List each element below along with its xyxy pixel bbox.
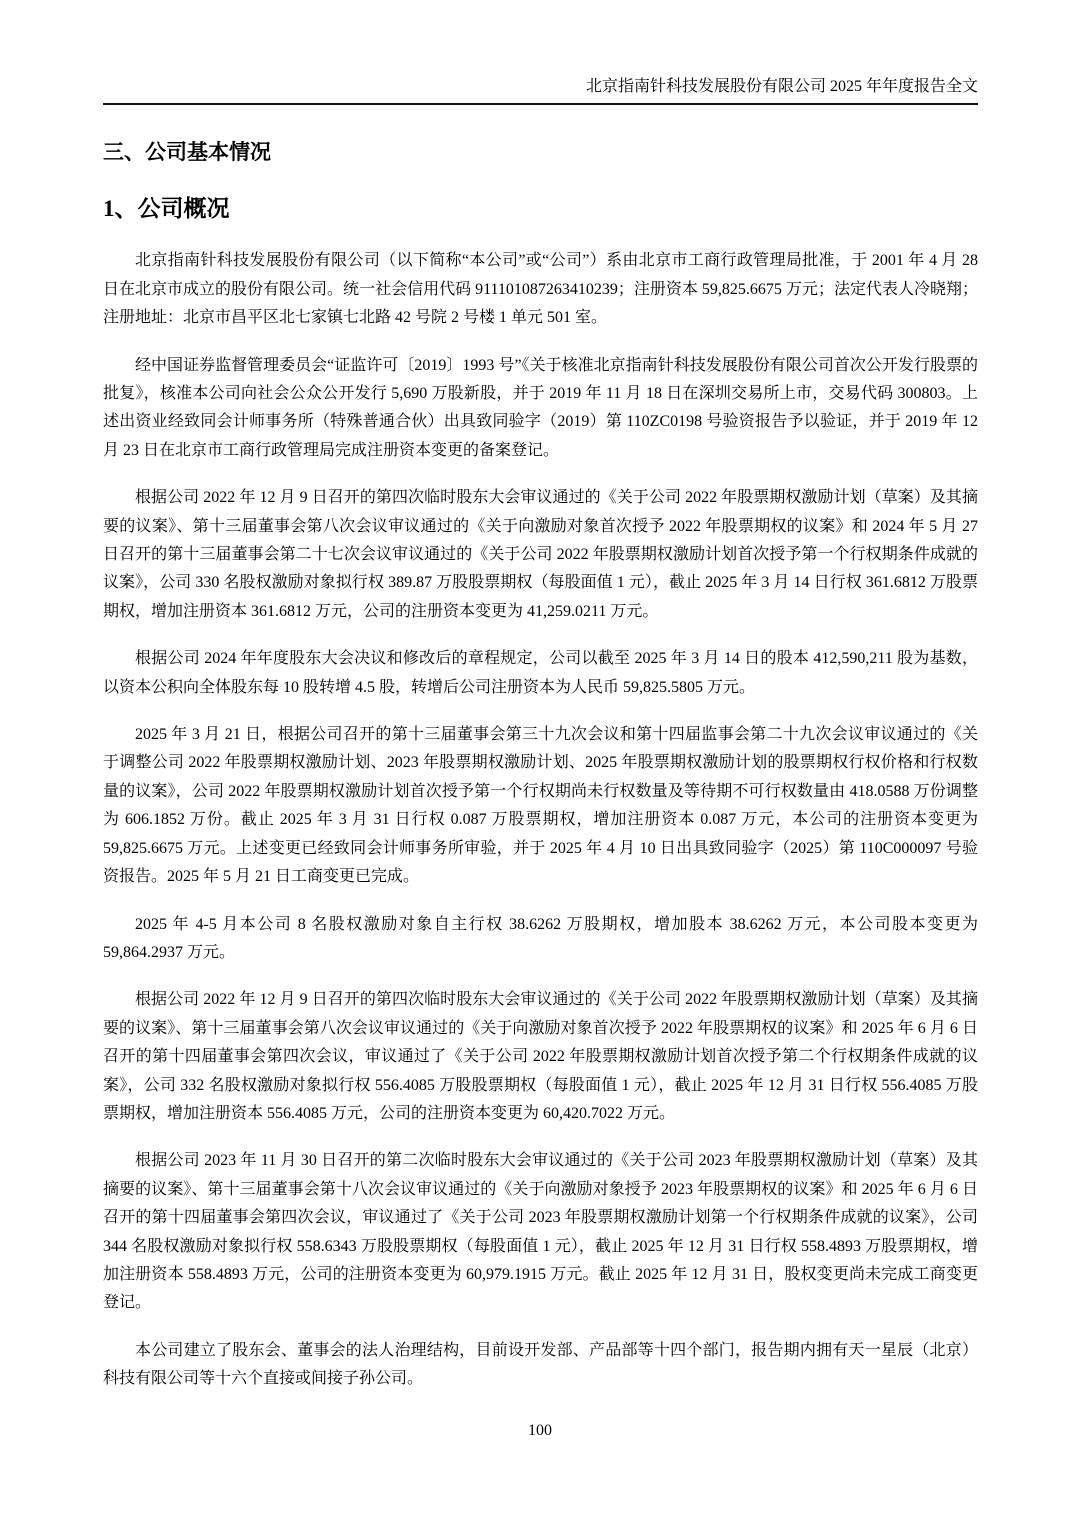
header-divider <box>103 103 978 105</box>
paragraph: 2025 年 3 月 21 日，根据公司召开的第十三届董事会第三十九次会议和第十… <box>103 721 978 891</box>
document-header: 北京指南针科技发展股份有限公司 2025 年年度报告全文 <box>103 0 978 96</box>
paragraph: 本公司建立了股东会、董事会的法人治理结构，目前设开发部、产品部等十四个部门，报告… <box>103 1337 978 1394</box>
paragraph: 北京指南针科技发展股份有限公司（以下简称“本公司”或“公司”）系由北京市工商行政… <box>103 247 978 332</box>
paragraph: 经中国证券监督管理委员会“证监许可〔2019〕1993 号”《关于核准北京指南针… <box>103 352 978 466</box>
report-page: 北京指南针科技发展股份有限公司 2025 年年度报告全文 三、公司基本情况 1、… <box>0 0 1080 1528</box>
paragraph: 2025 年 4-5 月本公司 8 名股权激励对象自主行权 38.6262 万股… <box>103 911 978 968</box>
paragraph: 根据公司 2022 年 12 月 9 日召开的第四次临时股东大会审议通过的《关于… <box>103 986 978 1128</box>
section-title: 三、公司基本情况 <box>103 140 978 165</box>
page-number: 100 <box>0 1422 1080 1440</box>
paragraph: 根据公司 2023 年 11 月 30 日召开的第二次临时股东大会审议通过的《关… <box>103 1147 978 1317</box>
subsection-title: 1、公司概况 <box>103 195 978 223</box>
paragraph: 根据公司 2022 年 12 月 9 日召开的第四次临时股东大会审议通过的《关于… <box>103 484 978 626</box>
body-paragraphs: 北京指南针科技发展股份有限公司（以下简称“本公司”或“公司”）系由北京市工商行政… <box>103 247 978 1393</box>
paragraph: 根据公司 2024 年年度股东大会决议和修改后的章程规定，公司以截至 2025 … <box>103 645 978 702</box>
page-content: 北京指南针科技发展股份有限公司 2025 年年度报告全文 三、公司基本情况 1、… <box>103 0 978 1394</box>
